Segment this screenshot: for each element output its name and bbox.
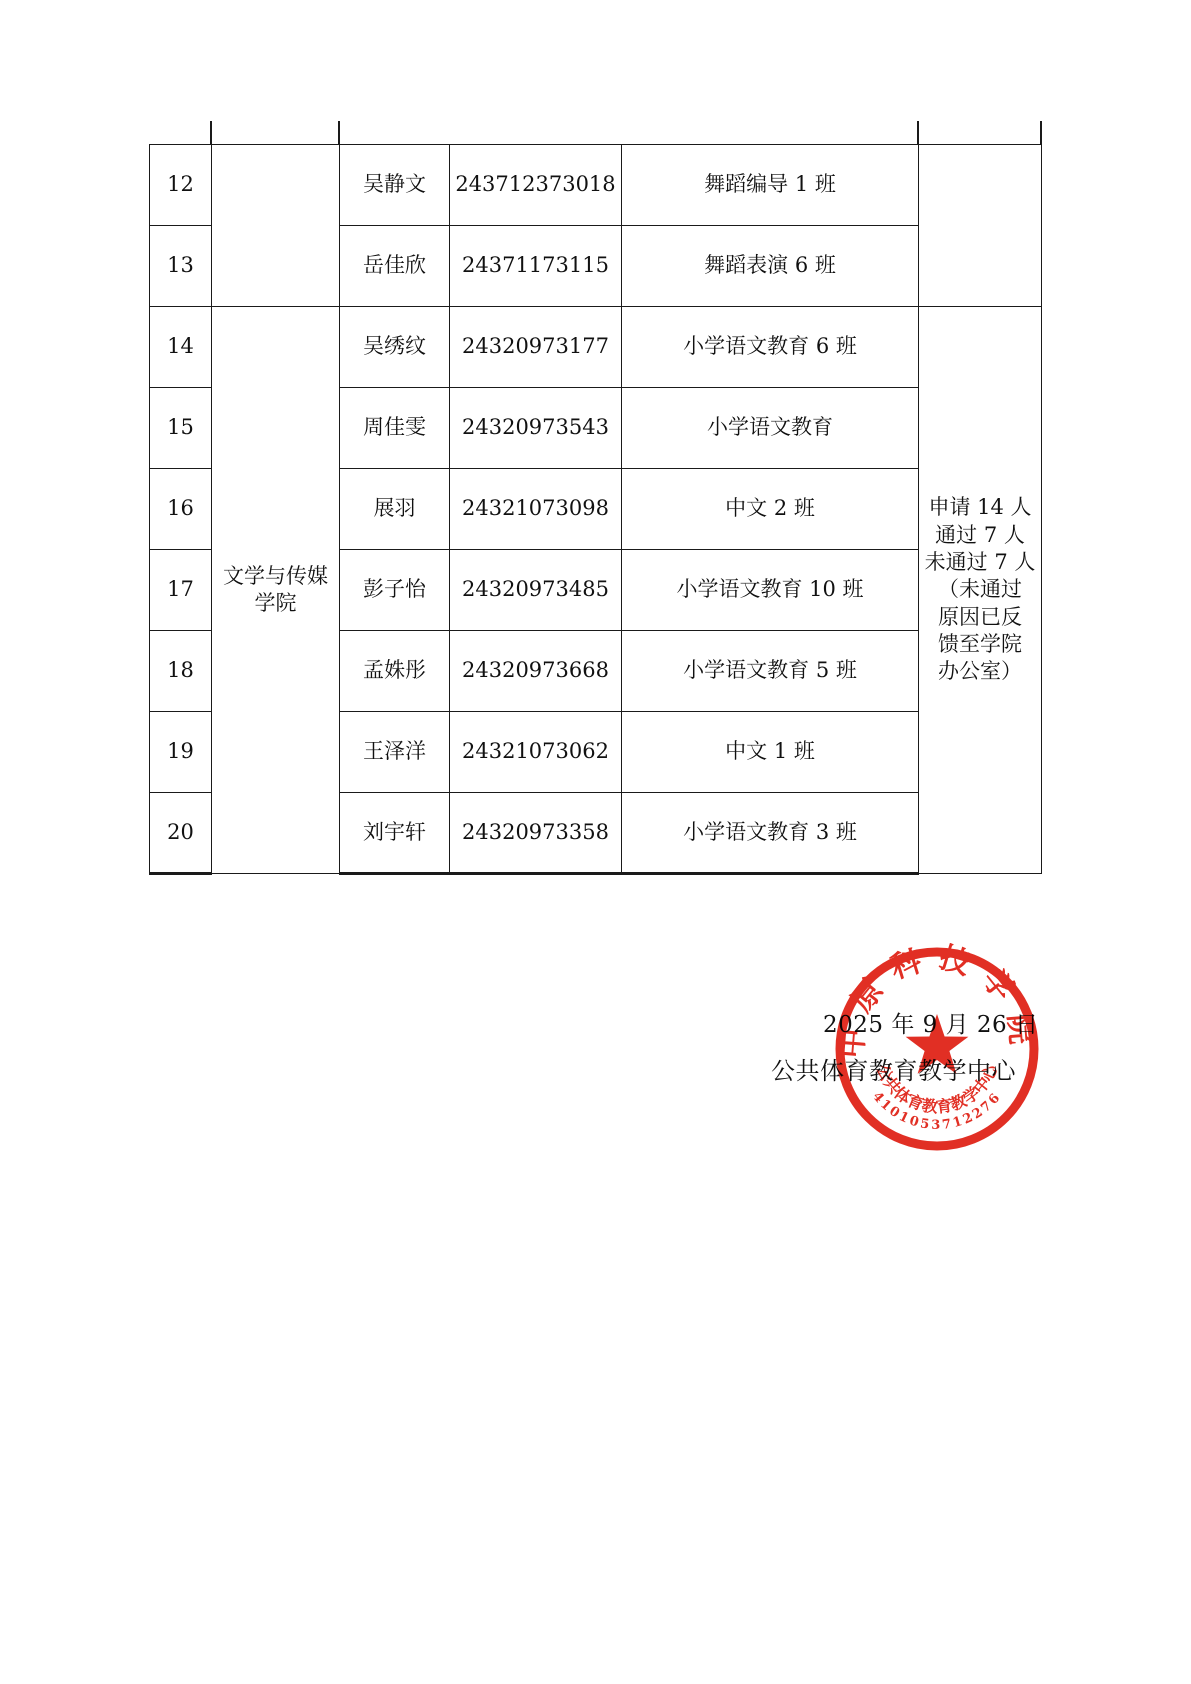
cell-student-id: 24320973358 bbox=[450, 793, 622, 874]
cell-class: 小学语文教育 10 班 bbox=[622, 550, 919, 631]
table-row: 12吴静文243712373018舞蹈编导 1 班 bbox=[150, 145, 1042, 226]
cell-name: 彭子怡 bbox=[340, 550, 450, 631]
cell-name: 孟姝彤 bbox=[340, 631, 450, 712]
cell-note bbox=[919, 145, 1042, 307]
cell-class: 小学语文教育 6 班 bbox=[622, 307, 919, 388]
cell-class: 舞蹈编导 1 班 bbox=[622, 145, 919, 226]
cell-student-id: 24320973668 bbox=[450, 631, 622, 712]
cell-college: 文学与传媒 学院 bbox=[212, 307, 340, 874]
table-row: 14文学与传媒 学院吴绣纹24320973177小学语文教育 6 班申请 14 … bbox=[150, 307, 1042, 388]
cell-number: 13 bbox=[150, 226, 212, 307]
cell-number: 19 bbox=[150, 712, 212, 793]
table-continuation-stub bbox=[210, 121, 212, 144]
cell-name: 展羽 bbox=[340, 469, 450, 550]
cell-number: 16 bbox=[150, 469, 212, 550]
approval-table: 12吴静文243712373018舞蹈编导 1 班13岳佳欣2437117311… bbox=[149, 144, 1042, 875]
cell-name: 周佳雯 bbox=[340, 388, 450, 469]
document-page: 12吴静文243712373018舞蹈编导 1 班13岳佳欣2437117311… bbox=[0, 0, 1191, 1684]
official-seal: 中原科技学院 公共体育教育教学中心 4101053712276 bbox=[831, 943, 1043, 1155]
cell-number: 15 bbox=[150, 388, 212, 469]
cell-student-id: 24321073098 bbox=[450, 469, 622, 550]
cell-student-id: 24320973485 bbox=[450, 550, 622, 631]
cell-name: 吴绣纹 bbox=[340, 307, 450, 388]
cell-number: 14 bbox=[150, 307, 212, 388]
table-continuation-stub bbox=[338, 121, 340, 144]
table-continuation-stub bbox=[917, 121, 919, 144]
cell-student-id: 24371173115 bbox=[450, 226, 622, 307]
cell-class: 小学语文教育 3 班 bbox=[622, 793, 919, 874]
cell-number: 17 bbox=[150, 550, 212, 631]
cell-student-id: 24321073062 bbox=[450, 712, 622, 793]
cell-number: 20 bbox=[150, 793, 212, 874]
cell-number: 12 bbox=[150, 145, 212, 226]
cell-student-id: 24320973543 bbox=[450, 388, 622, 469]
cell-class: 小学语文教育 bbox=[622, 388, 919, 469]
seal-star-icon bbox=[906, 1014, 969, 1074]
cell-name: 刘宇轩 bbox=[340, 793, 450, 874]
cell-number: 18 bbox=[150, 631, 212, 712]
cell-class: 中文 2 班 bbox=[622, 469, 919, 550]
cell-college bbox=[212, 145, 340, 307]
cell-name: 岳佳欣 bbox=[340, 226, 450, 307]
table-continuation-stub bbox=[1040, 121, 1042, 144]
cell-name: 吴静文 bbox=[340, 145, 450, 226]
cell-student-id: 243712373018 bbox=[450, 145, 622, 226]
cell-note: 申请 14 人 通过 7 人 未通过 7 人 （未通过 原因已反 馈至学院 办公… bbox=[919, 307, 1042, 874]
cell-class: 舞蹈表演 6 班 bbox=[622, 226, 919, 307]
cell-class: 中文 1 班 bbox=[622, 712, 919, 793]
approval-table-body: 12吴静文243712373018舞蹈编导 1 班13岳佳欣2437117311… bbox=[150, 145, 1042, 874]
cell-name: 王泽洋 bbox=[340, 712, 450, 793]
cell-class: 小学语文教育 5 班 bbox=[622, 631, 919, 712]
cell-student-id: 24320973177 bbox=[450, 307, 622, 388]
